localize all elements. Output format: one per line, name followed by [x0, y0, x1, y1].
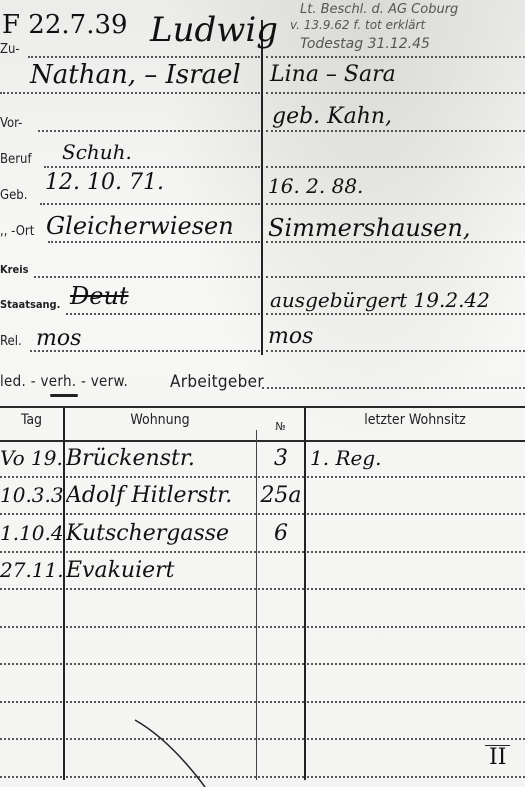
citizenship-label: Staatsang.	[0, 298, 60, 311]
spouse-divider	[261, 20, 263, 355]
pen-stroke	[130, 715, 210, 787]
wife-birth-date: 16. 2. 88.	[268, 174, 363, 198]
table-col-divider-2	[256, 430, 257, 780]
table-col-divider-1	[63, 408, 65, 780]
cell-day: 1.10.41	[0, 521, 63, 545]
registration-card: Lt. Beschl. d. AG Coburg v. 13.9.62 f. t…	[0, 0, 525, 787]
marital-option-single: led.	[0, 372, 26, 390]
wife-religion: mos	[268, 324, 313, 349]
occupation-label: Beruf	[0, 152, 32, 167]
husband-surname: Ludwig	[150, 10, 278, 50]
cell-number: 25a	[258, 483, 304, 508]
marital-option-widowed: verw.	[91, 372, 128, 390]
married-underline	[50, 394, 78, 397]
cell-day: Vo 19.	[0, 446, 63, 470]
district-label: Kreis	[0, 263, 29, 276]
cell-residence: Adolf Hitlerstr.	[66, 483, 256, 508]
employer-label: Arbeitgeber	[170, 372, 264, 392]
cell-day: 27.11.41	[0, 558, 63, 582]
birth-label: Geb.	[0, 188, 27, 203]
wife-maiden-name: geb. Kahn,	[272, 104, 392, 129]
husband-occupation: Schuh.	[62, 140, 132, 164]
marital-status: led. - verh. - verw.	[0, 372, 128, 390]
death-annotation-line1: Lt. Beschl. d. AG Coburg	[300, 2, 458, 17]
cell-residence: Kutschergasse	[66, 521, 256, 546]
surname-label: Zu-	[0, 42, 20, 57]
husband-religion: mos	[36, 326, 81, 351]
marital-option-married: verh.	[40, 372, 76, 390]
footer-mark: II	[485, 745, 510, 770]
cell-residence: Evakuiert	[66, 558, 256, 583]
header-number: №	[257, 420, 304, 433]
table-col-divider-3	[304, 408, 306, 780]
header-day: Tag	[0, 412, 63, 428]
wife-citizenship: ausgebürgert 19.2.42	[270, 288, 490, 312]
birthplace-label: ,, -Ort	[0, 224, 34, 239]
husband-citizenship: Deut	[70, 282, 129, 310]
card-date: F 22.7.39	[2, 10, 128, 40]
header-residence: Wohnung	[64, 412, 256, 428]
religion-label: Rel.	[0, 334, 22, 349]
husband-birth-date: 12. 10. 71.	[45, 170, 164, 195]
cell-day: 10.3.36	[0, 483, 63, 507]
death-annotation-line2: v. 13.9.62 f. tot erklärt	[290, 18, 425, 32]
given-name-label: Vor-	[0, 116, 22, 131]
cell-number: 6	[258, 521, 304, 546]
wife-birthplace: Simmershausen,	[268, 214, 470, 242]
header-last-residence: letzter Wohnsitz	[305, 412, 525, 428]
cell-residence: Brückenstr.	[66, 446, 256, 471]
cell-number: 3	[258, 446, 304, 471]
death-annotation-line3: Todestag 31.12.45	[300, 36, 430, 52]
husband-given-names: Nathan, – Israel	[30, 60, 241, 90]
wife-given-names: Lina – Sara	[270, 62, 396, 87]
cell-last-residence: 1. Reg.	[310, 446, 525, 470]
husband-birthplace: Gleicherwiesen	[46, 212, 234, 240]
